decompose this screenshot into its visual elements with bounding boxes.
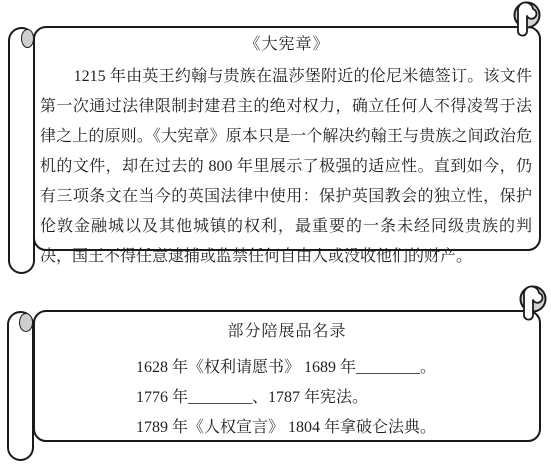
exhibit-list: 1628 年《权利请愿书》 1689 年________。 1776 年____… — [40, 353, 534, 443]
scroll-roll-left — [7, 311, 34, 461]
worksheet-page: 《大宪章》 1215 年由英王约翰与贵族在温莎堡附近的伦尼米德签订。该文件第一次… — [0, 0, 551, 469]
exhibit-list-title: 部分陪展品名录 — [40, 320, 534, 344]
magna-carta-title: 《大宪章》 — [40, 33, 534, 57]
list-item: 1789 年《人权宣言》 1804 年拿破仑法典。 — [136, 413, 534, 443]
magna-carta-content: 《大宪章》 1215 年由英王约翰与贵族在温莎堡附近的伦尼米德签订。该文件第一次… — [40, 33, 534, 272]
list-item: 1628 年《权利请愿书》 1689 年________。 — [136, 353, 534, 383]
magna-carta-paragraph: 1215 年由英王约翰与贵族在温莎堡附近的伦尼米德签订。该文件第一次通过法律限制… — [40, 62, 534, 272]
scroll-roll-end — [21, 29, 34, 48]
scroll-roll-end — [19, 313, 33, 332]
list-item: 1776 年________、1787 年宪法。 — [136, 383, 534, 413]
scroll-roll-left — [8, 27, 35, 274]
exhibit-list-content: 部分陪展品名录 1628 年《权利请愿书》 1689 年________。 17… — [40, 320, 534, 443]
